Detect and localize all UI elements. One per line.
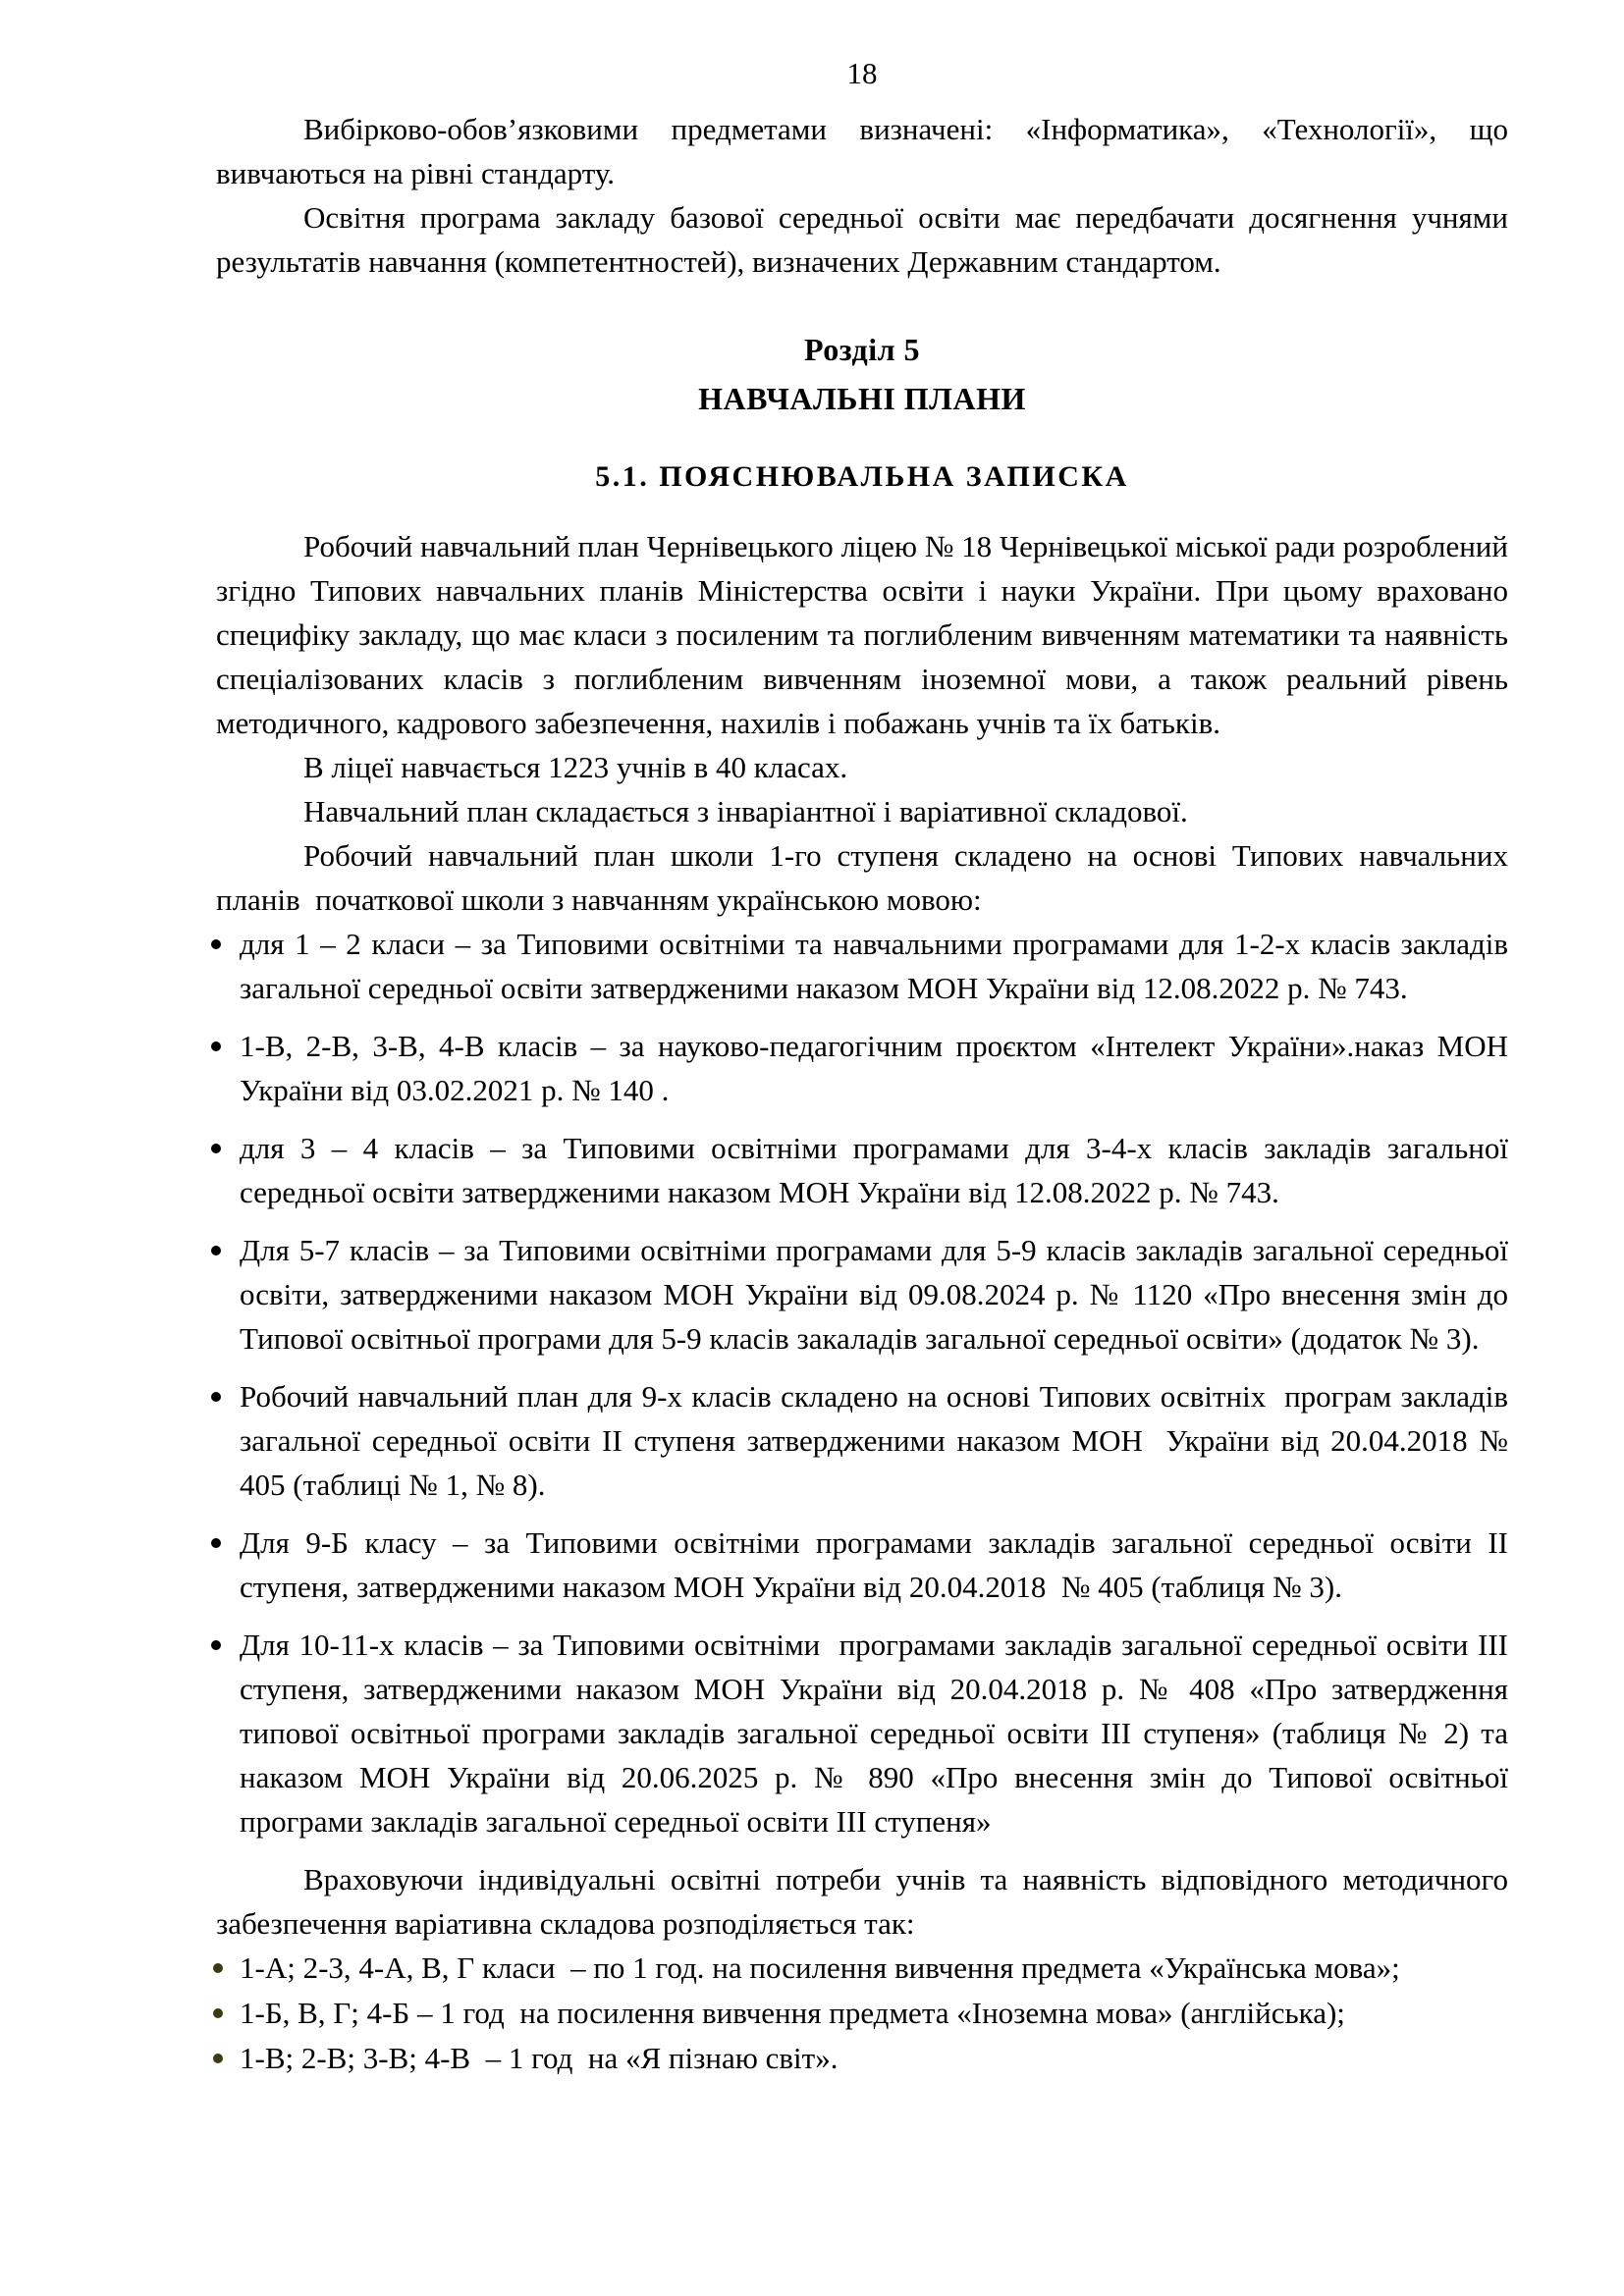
- paragraph-working-plan: Робочий навчальний план Чернівецького лі…: [216, 524, 1508, 745]
- paragraph-education-program: Освітня програма закладу базової середнь…: [216, 195, 1508, 284]
- list-item-grades-10-11: Для 10-11-х класів – за Типовими освітні…: [216, 1623, 1508, 1843]
- list-item-grades-5-7: Для 5-7 класів – за Типовими освітніми п…: [216, 1228, 1508, 1361]
- page-number: 18: [216, 51, 1508, 95]
- list-item-ukrainian-language: 1-А; 2-3, 4-А, В, Г класи – по 1 год. на…: [216, 1946, 1508, 1990]
- variative-distribution-list: 1-А; 2-3, 4-А, В, Г класи – по 1 год. на…: [216, 1946, 1508, 2080]
- list-item-grades-9: Робочий навчальний план для 9-х класів с…: [216, 1374, 1508, 1507]
- program-basis-list: для 1 – 2 класи – за Типовими освітніми …: [216, 922, 1508, 1843]
- list-item-i-explore-world: 1-В; 2-В; 3-В; 4-В – 1 год на «Я пізнаю …: [216, 2036, 1508, 2080]
- paragraph-elective-subjects: Вибірково-обов’язковими предметами визна…: [216, 107, 1508, 195]
- chapter-title: НАВЧАЛЬНІ ПЛАНИ: [216, 374, 1508, 423]
- paragraph-variative-intro: Враховуючи індивідуальні освітні потреби…: [216, 1857, 1508, 1946]
- list-item-grade-9b: Для 9-Б класу – за Типовими освітніми пр…: [216, 1521, 1508, 1609]
- list-item-grades-3-4: для 3 – 4 класів – за Типовими освітніми…: [216, 1126, 1508, 1214]
- chapter-label: Розділ 5: [216, 325, 1508, 374]
- chapter-heading-block: Розділ 5 НАВЧАЛЬНІ ПЛАНИ: [216, 325, 1508, 423]
- list-item-intellect-ukraine: 1-В, 2-В, 3-В, 4-В класів – за науково-п…: [216, 1024, 1508, 1112]
- list-item-foreign-language: 1-Б, В, Г; 4-Б – 1 год на посилення вивч…: [216, 1991, 1508, 2035]
- paragraph-primary-school-plan: Робочий навчальний план школи 1-го ступе…: [216, 833, 1508, 922]
- list-item-grades-1-2: для 1 – 2 класи – за Типовими освітніми …: [216, 922, 1508, 1010]
- document-page: 18 Вибірково-обов’язковими предметами ви…: [0, 0, 1624, 2296]
- paragraph-plan-components: Навчальний план складається з інваріантн…: [216, 789, 1508, 833]
- section-title: 5.1. ПОЯСНЮВАЛЬНА ЗАПИСКА: [216, 454, 1508, 499]
- paragraph-students-count: В ліцеї навчається 1223 учнів в 40 класа…: [216, 745, 1508, 789]
